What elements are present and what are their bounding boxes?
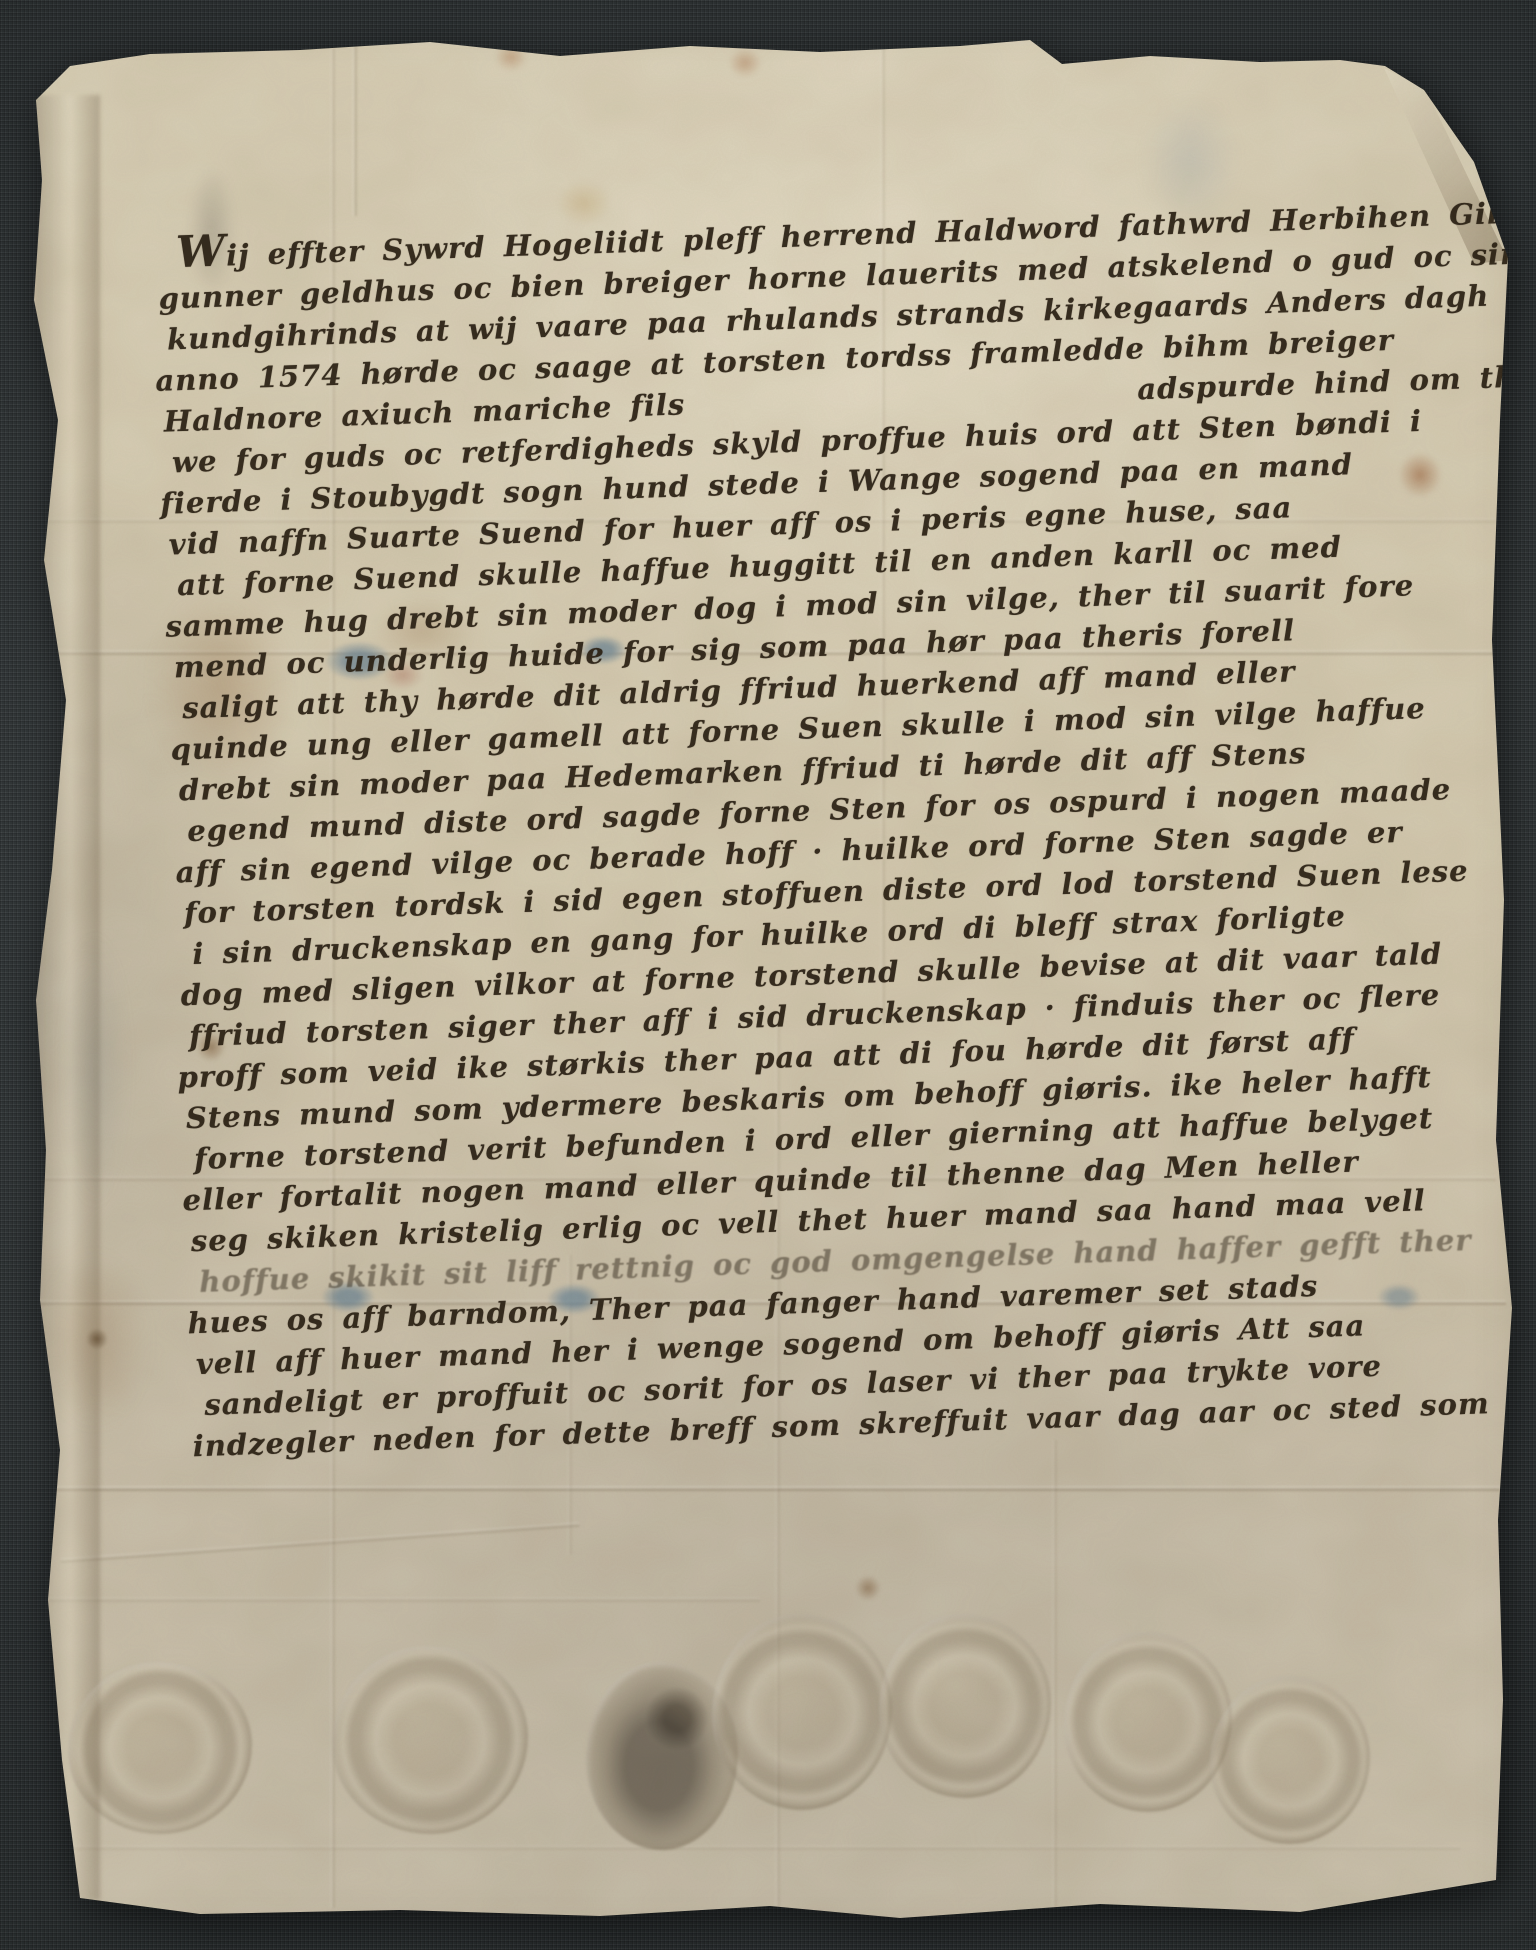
fold-crease-horizontal bbox=[60, 1845, 1460, 1850]
seal-impression bbox=[68, 1662, 252, 1834]
seal-impression bbox=[1064, 1632, 1232, 1812]
manuscript-page-wrapper: Wij effter Sywrd Hogeliidt pleff herrend… bbox=[0, 0, 1536, 1950]
seal-impression-dark bbox=[586, 1662, 738, 1850]
stain bbox=[855, 1575, 881, 1601]
seal-impression bbox=[332, 1646, 528, 1834]
seal-impression bbox=[712, 1614, 892, 1810]
fold-crease-horizontal bbox=[40, 1486, 1500, 1491]
fold-crease-vertical bbox=[1052, 1440, 1057, 1915]
text-block: Wij effter Sywrd Hogeliidt pleff herrend… bbox=[149, 188, 1534, 1467]
left-edge-fold bbox=[34, 95, 100, 1900]
fold-crease-diagonal bbox=[60, 1522, 579, 1563]
stain bbox=[86, 1328, 108, 1350]
fold-crease-vertical bbox=[352, 46, 357, 216]
seal-impression bbox=[879, 1614, 1051, 1798]
seal-impression bbox=[1210, 1676, 1370, 1844]
stain bbox=[494, 42, 528, 72]
stain bbox=[60, 930, 130, 1210]
photograph-of-manuscript: { "doc": { "kind": "handwritten-manuscri… bbox=[0, 0, 1536, 1950]
fold-crease-horizontal bbox=[40, 1597, 760, 1602]
manuscript-page: Wij effter Sywrd Hogeliidt pleff herrend… bbox=[0, 0, 1536, 1950]
stain bbox=[728, 48, 762, 78]
stain bbox=[40, 1250, 150, 1430]
